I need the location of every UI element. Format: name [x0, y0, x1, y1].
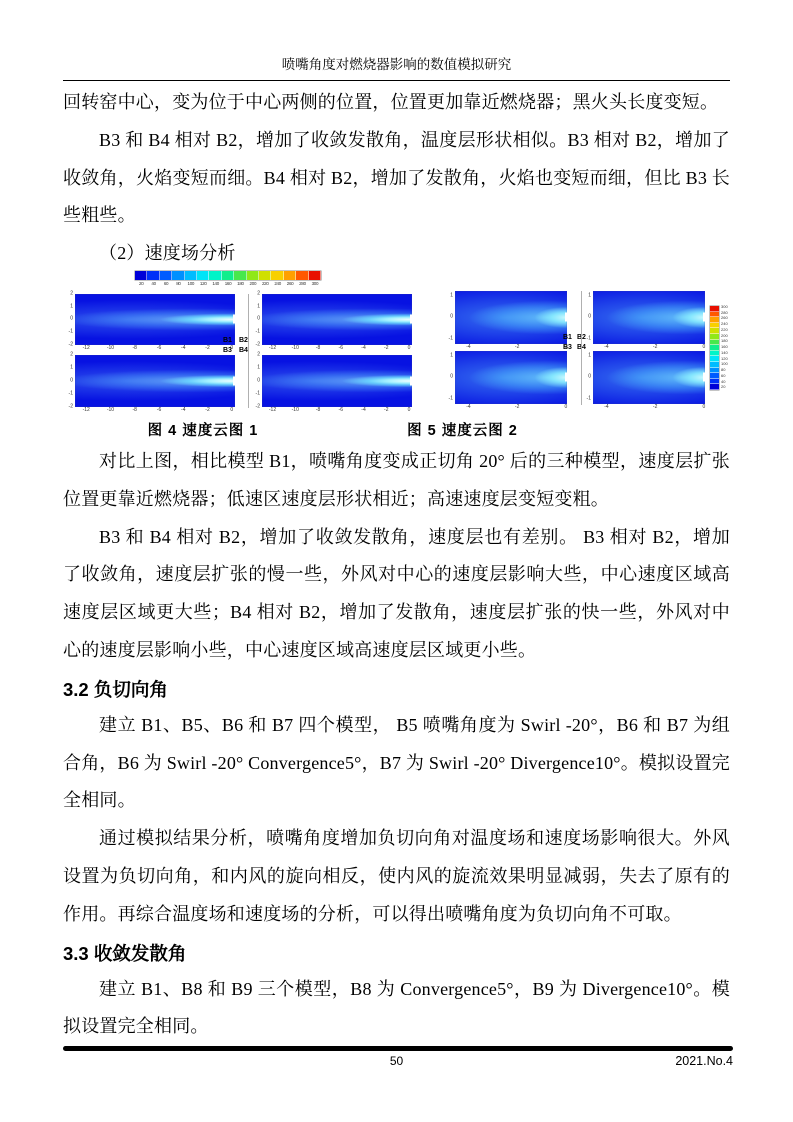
axis-tick-label: 1 [588, 294, 591, 299]
nozzle-marker [233, 315, 236, 324]
axis-tick-label: -2 [69, 404, 73, 409]
colorbar-segment [147, 271, 159, 280]
axis-tick-label: 0 [408, 408, 411, 413]
colorbar-segment [296, 271, 308, 280]
paragraph-b3b4-temperature: B3 和 B4 相对 B2，增加了收敛发散角，温度层形状相似。B3 相对 B2，… [63, 122, 730, 235]
fig5-panel-label-b3: B3 [563, 344, 572, 351]
axis-tick-label: -4 [466, 405, 470, 410]
axis-tick-label: -8 [316, 346, 320, 351]
axis-tick-label: -6 [157, 408, 161, 413]
colorbar-tick-label: 260 [284, 281, 296, 287]
axis-tick-label: 0 [564, 405, 567, 410]
fig4-contour-panel-b3 [75, 355, 235, 407]
fig5-contour-panel-b1 [455, 291, 567, 344]
footer-page-number: 50 [390, 1054, 403, 1068]
fig4-x-axis-b1: -12-10-8-6-4-20 [75, 345, 235, 353]
colorbar-tick-label: 220 [259, 281, 271, 287]
colorbar-segment [222, 271, 234, 280]
fig4-x-axis-b4: -12-10-8-6-4-20 [262, 407, 412, 415]
axis-tick-label: 0 [588, 375, 591, 380]
nozzle-marker [703, 313, 706, 322]
axis-tick-label: -2 [653, 345, 657, 350]
body-text-top: 回转窑中心，变为位于中心两侧的位置，位置更加靠近燃烧器；黑火头长度变短。 B3 … [63, 84, 730, 273]
figure4-caption: 图 4 速度云图 1 [118, 419, 288, 440]
fig4-contour-panel-b4 [262, 355, 412, 407]
fig4-y-axis-b1: 210-1-2 [64, 294, 74, 345]
axis-tick-label: -2 [256, 342, 260, 347]
axis-tick-label: -2 [384, 346, 388, 351]
paragraph-continuation: 回转窑中心，变为位于中心两侧的位置，位置更加靠近燃烧器；黑火头长度变短。 [63, 84, 730, 122]
axis-tick-label: 0 [450, 315, 453, 320]
axis-tick-label: -8 [132, 408, 136, 413]
axis-tick-label: 2 [257, 352, 260, 357]
axis-tick-label: -2 [205, 346, 209, 351]
axis-tick-label: 1 [70, 365, 73, 370]
colorbar-segment [710, 384, 719, 390]
colorbar-segment [197, 271, 209, 280]
colorbar-tick-label: 80 [172, 281, 184, 287]
fig5-contour-panel-b3 [455, 351, 567, 404]
fig4-panel-label-b1: B1 [223, 337, 232, 344]
axis-tick-label: -2 [653, 405, 657, 410]
section-heading-3-2: 3.2 负切向角 [63, 672, 730, 707]
axis-tick-label: -4 [604, 345, 608, 350]
axis-tick-label: -6 [339, 408, 343, 413]
fig4-y-axis-b2: 210-1-2 [251, 294, 261, 345]
colorbar-tick-label: 200 [247, 281, 259, 287]
axis-tick-label: 0 [588, 315, 591, 320]
axis-tick-label: -2 [69, 342, 73, 347]
colorbar-tick-label: 120 [197, 281, 209, 287]
axis-tick-label: -10 [107, 346, 114, 351]
axis-tick-label: 1 [257, 365, 260, 370]
colorbar-segment [209, 271, 221, 280]
colorbar-segment [284, 271, 296, 280]
fig4-contour-panel-b2 [262, 294, 412, 345]
colorbar-segment [271, 271, 283, 280]
colorbar-segment [185, 271, 197, 280]
axis-tick-label: -4 [604, 405, 608, 410]
colorbar-segment [309, 271, 321, 280]
paragraph-33-models: 建立 B1、B8 和 B9 三个模型，B8 为 Convergence5°，B9… [63, 971, 730, 1047]
axis-tick-label: -6 [157, 346, 161, 351]
nozzle-marker [565, 313, 568, 322]
axis-tick-label: -1 [449, 336, 453, 341]
axis-tick-label: -4 [361, 408, 365, 413]
fig5-contour-panel-b4 [593, 351, 705, 404]
axis-tick-label: -1 [69, 391, 73, 396]
paragraph-32-models: 建立 B1、B5、B6 和 B7 四个模型， B5 喷嘴角度为 Swirl -2… [63, 707, 730, 820]
colorbar-tick-label: 300 [309, 281, 321, 287]
axis-tick-label: 1 [70, 304, 73, 309]
axis-tick-label: -12 [269, 408, 276, 413]
fig4-column-divider [248, 294, 249, 408]
axis-tick-label: 2 [70, 352, 73, 357]
axis-tick-label: 0 [230, 408, 233, 413]
nozzle-marker [410, 376, 413, 385]
axis-tick-label: -2 [205, 408, 209, 413]
axis-tick-label: -12 [83, 408, 90, 413]
header-rule [63, 80, 730, 81]
document-page: 喷嘴角度对燃烧器影响的数值模拟研究 回转窑中心，变为位于中心两侧的位置，位置更加… [0, 0, 793, 1122]
paragraph-b3b4-velocity: B3 和 B4 相对 B2，增加了收敛发散角，速度层也有差别。 B3 相对 B2… [63, 519, 730, 670]
axis-tick-label: -1 [449, 396, 453, 401]
colorbar-tick-label: 140 [209, 281, 221, 287]
axis-tick-label: -1 [69, 330, 73, 335]
nozzle-marker [410, 315, 413, 324]
paragraph-32-result: 通过模拟结果分析，喷嘴角度增加负切向角对温度场和速度场影响很大。外风设置为负切向… [63, 820, 730, 933]
fig5-y-axis-b1: 10-1 [444, 291, 454, 344]
fig4-y-axis-b3: 210-1-2 [64, 355, 74, 407]
figure5-caption: 图 5 速度云图 2 [375, 419, 550, 440]
axis-tick-label: -12 [83, 346, 90, 351]
colorbar-tick-label: 280 [296, 281, 308, 287]
section-heading-3-3: 3.3 收敛发散角 [63, 936, 730, 971]
colorbar-segment [234, 271, 246, 280]
axis-tick-label: -4 [466, 345, 470, 350]
fig4-panel-label-b4: B4 [239, 347, 248, 354]
axis-tick-label: 2 [70, 291, 73, 296]
footer-issue: 2021.No.4 [675, 1054, 733, 1068]
nozzle-marker [233, 376, 236, 385]
axis-tick-label: -10 [292, 346, 299, 351]
axis-tick-label: -2 [515, 345, 519, 350]
axis-tick-label: -10 [292, 408, 299, 413]
figures-block: 图 4 速度云图 1 图 5 速度云图 2 210-1-2-12-10-8-6-… [63, 267, 730, 443]
axis-tick-label: -12 [269, 346, 276, 351]
fig5-column-divider [581, 291, 582, 405]
fig5-panel-label-b1: B1 [563, 334, 572, 341]
axis-tick-label: 0 [408, 346, 411, 351]
axis-tick-label: 2 [257, 291, 260, 296]
fig4-y-axis-b4: 210-1-2 [251, 355, 261, 407]
running-head-title: 喷嘴角度对燃烧器影响的数值模拟研究 [63, 0, 730, 75]
axis-tick-label: -4 [361, 346, 365, 351]
axis-tick-label: -8 [132, 346, 136, 351]
fig5-x-axis-b4: -4-20 [593, 404, 705, 412]
colorbar-segment [160, 271, 172, 280]
fig4-panel-label-b3: B3 [223, 347, 232, 354]
fig4-colorbar-labels: 2040608010012014016018020022024026028030… [135, 281, 321, 287]
axis-tick-label: 1 [450, 354, 453, 359]
fig5-contour-panel-b2 [593, 291, 705, 344]
colorbar-tick-label: 60 [160, 281, 172, 287]
fig5-colorbar-labels: 3002802602402202001801601401201008060402… [721, 305, 737, 391]
axis-tick-label: 1 [257, 304, 260, 309]
axis-tick-label: -4 [181, 408, 185, 413]
axis-tick-label: -2 [515, 405, 519, 410]
paragraph-compare-models: 对比上图，相比模型 B1，喷嘴角度变成正切角 20° 后的三种模型，速度层扩张位… [63, 443, 730, 519]
axis-tick-label: 0 [257, 317, 260, 322]
axis-tick-label: 1 [450, 294, 453, 299]
nozzle-marker [703, 373, 706, 382]
colorbar-tick-label: 240 [271, 281, 283, 287]
axis-tick-label: 0 [70, 378, 73, 383]
axis-tick-label: 0 [702, 405, 705, 410]
fig5-y-axis-b3: 10-1 [444, 351, 454, 404]
axis-tick-label: 0 [70, 317, 73, 322]
fig4-x-axis-b2: -12-10-8-6-4-20 [262, 345, 412, 353]
axis-tick-label: 0 [450, 375, 453, 380]
axis-tick-label: -1 [587, 396, 591, 401]
colorbar-tick-label: 160 [222, 281, 234, 287]
colorbar-tick-label: 180 [234, 281, 246, 287]
fig4-x-axis-b3: -12-10-8-6-4-20 [75, 407, 235, 415]
fig4-panel-label-b2: B2 [239, 337, 248, 344]
fig4-contour-panel-b1 [75, 294, 235, 345]
footer-rule [63, 1046, 733, 1051]
fig5-colorbar [710, 306, 719, 390]
axis-tick-label: 0 [257, 378, 260, 383]
fig5-y-axis-b4: 10-1 [582, 351, 592, 404]
axis-tick-label: 0 [702, 345, 705, 350]
axis-tick-label: -1 [587, 336, 591, 341]
nozzle-marker [565, 373, 568, 382]
axis-tick-label: -2 [384, 408, 388, 413]
colorbar-tick-label: 20 [721, 385, 737, 391]
axis-tick-label: -1 [256, 330, 260, 335]
colorbar-segment [172, 271, 184, 280]
fig4-colorbar [135, 271, 321, 280]
fig5-x-axis-b3: -4-20 [455, 404, 567, 412]
colorbar-tick-label: 100 [185, 281, 197, 287]
colorbar-segment [135, 271, 147, 280]
axis-tick-label: -1 [256, 391, 260, 396]
axis-tick-label: -6 [339, 346, 343, 351]
colorbar-segment [259, 271, 271, 280]
axis-tick-label: -10 [107, 408, 114, 413]
axis-tick-label: -2 [256, 404, 260, 409]
colorbar-tick-label: 40 [147, 281, 159, 287]
body-text-bottom: 对比上图，相比模型 B1，喷嘴角度变成正切角 20° 后的三种模型，速度层扩张位… [63, 443, 730, 1046]
axis-tick-label: -4 [181, 346, 185, 351]
colorbar-tick-label: 20 [135, 281, 147, 287]
axis-tick-label: 1 [588, 354, 591, 359]
axis-tick-label: -8 [316, 408, 320, 413]
colorbar-segment [247, 271, 259, 280]
